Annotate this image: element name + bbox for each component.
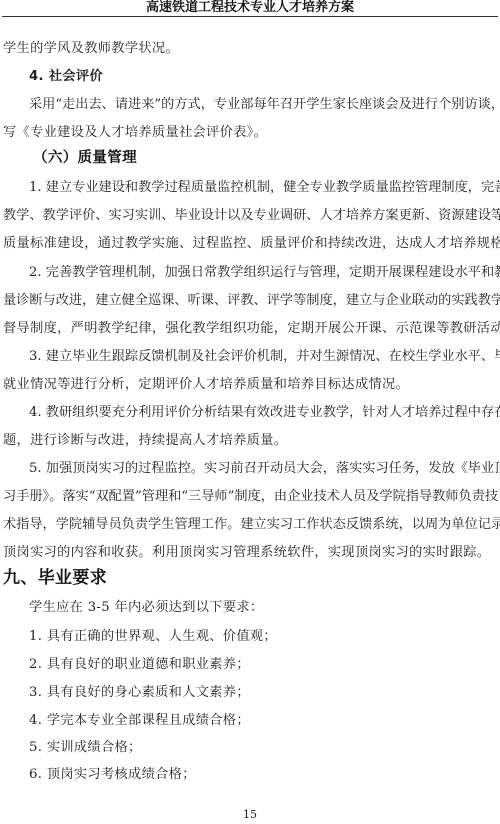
paragraph-line: 题，进行诊断与改进，持续提高人才培养质量。 (3, 433, 287, 449)
paragraph-line: 督导制度，严明教学纪律，强化教学组织功能，定期开展公开课、示范课等教研活动。 (3, 321, 500, 337)
paragraph-line: 1. 建立专业建设和教学过程质量监控机制，健全专业教学质量监控管理制度，完善课堂 (29, 180, 495, 196)
paragraph-line: 采用“走出去、请进来”的方式，专业部每年召开学生家长座谈会及进行个别访谈，填 (29, 97, 495, 113)
requirement-item: 3. 具有良好的身心素质和人文素养； (29, 685, 250, 701)
paragraph-line: 5. 加强顶岗实习的过程监控。实习前召开动员大会，落实实习任务，发放《毕业顶岗实 (29, 461, 495, 477)
section-heading-quality-management: （六）质量管理 (33, 150, 137, 166)
paragraph-line: 术指导，学院辅导员负责学生管理工作。建立实习工作状态反馈系统，以周为单位记录学生 (3, 517, 495, 533)
paragraph-line: 量诊断与改进，建立健全巡课、听课、评教、评学等制度，建立与企业联动的实践教学环节 (3, 293, 495, 309)
paragraph-line: 写《专业建设及人才培养质量社会评价表》。 (3, 125, 267, 141)
paragraph-line: 教学、教学评价、实习实训、毕业设计以及专业调研、人才培养方案更新、资源建设等方面 (3, 208, 495, 224)
paragraph-line: 4. 教研组织要充分利用评价分析结果有效改进专业教学，针对人才培养过程中存在的问 (29, 405, 495, 421)
graduation-intro: 学生应在 3-5 年内必须达到以下要求： (29, 600, 263, 616)
continuation-text: 学生的学风及教师教学状况。 (3, 41, 179, 57)
running-header: 高速铁道工程技术专业人才培养方案 (0, 0, 500, 16)
paragraph-line: 就业情况等进行分析，定期评价人才培养质量和培养目标达成情况。 (3, 377, 409, 393)
paragraph-line: 顶岗实习的内容和收获。利用顶岗实习管理系统软件，实现顶岗实习的实时跟踪。 (3, 545, 490, 561)
requirement-item: 1. 具有正确的世界观、人生观、价值观； (29, 629, 277, 645)
paragraph-line: 3. 建立毕业生跟踪反馈机制及社会评价机制，并对生源情况、在校生学业水平、毕业生 (29, 349, 495, 365)
paragraph-line: 质量标准建设，通过教学实施、过程监控、质量评价和持续改进，达成人才培养规格。 (3, 236, 500, 252)
requirement-item: 5. 实训成绩合格； (29, 740, 142, 756)
paragraph-line: 2. 完善教学管理机制，加强日常教学组织运行与管理，定期开展课程建设水平和教学质 (29, 265, 495, 281)
section-heading-social-evaluation: 4. 社会评价 (29, 69, 103, 85)
section-heading-graduation-requirements: 九、毕业要求 (3, 570, 107, 586)
page-number: 15 (0, 808, 500, 821)
header-rule (2, 16, 498, 17)
requirement-item: 4. 学完本专业全部课程且成绩合格； (29, 713, 250, 729)
paragraph-line: 习手册》。落实“双配置”管理和“三导师”制度，由企业技术人员及学院指导教师负责技 (3, 489, 495, 505)
requirement-item: 6. 顶岗实习考核成绩合格； (29, 767, 196, 783)
requirement-item: 2. 具有良好的职业道德和职业素养； (29, 657, 250, 673)
